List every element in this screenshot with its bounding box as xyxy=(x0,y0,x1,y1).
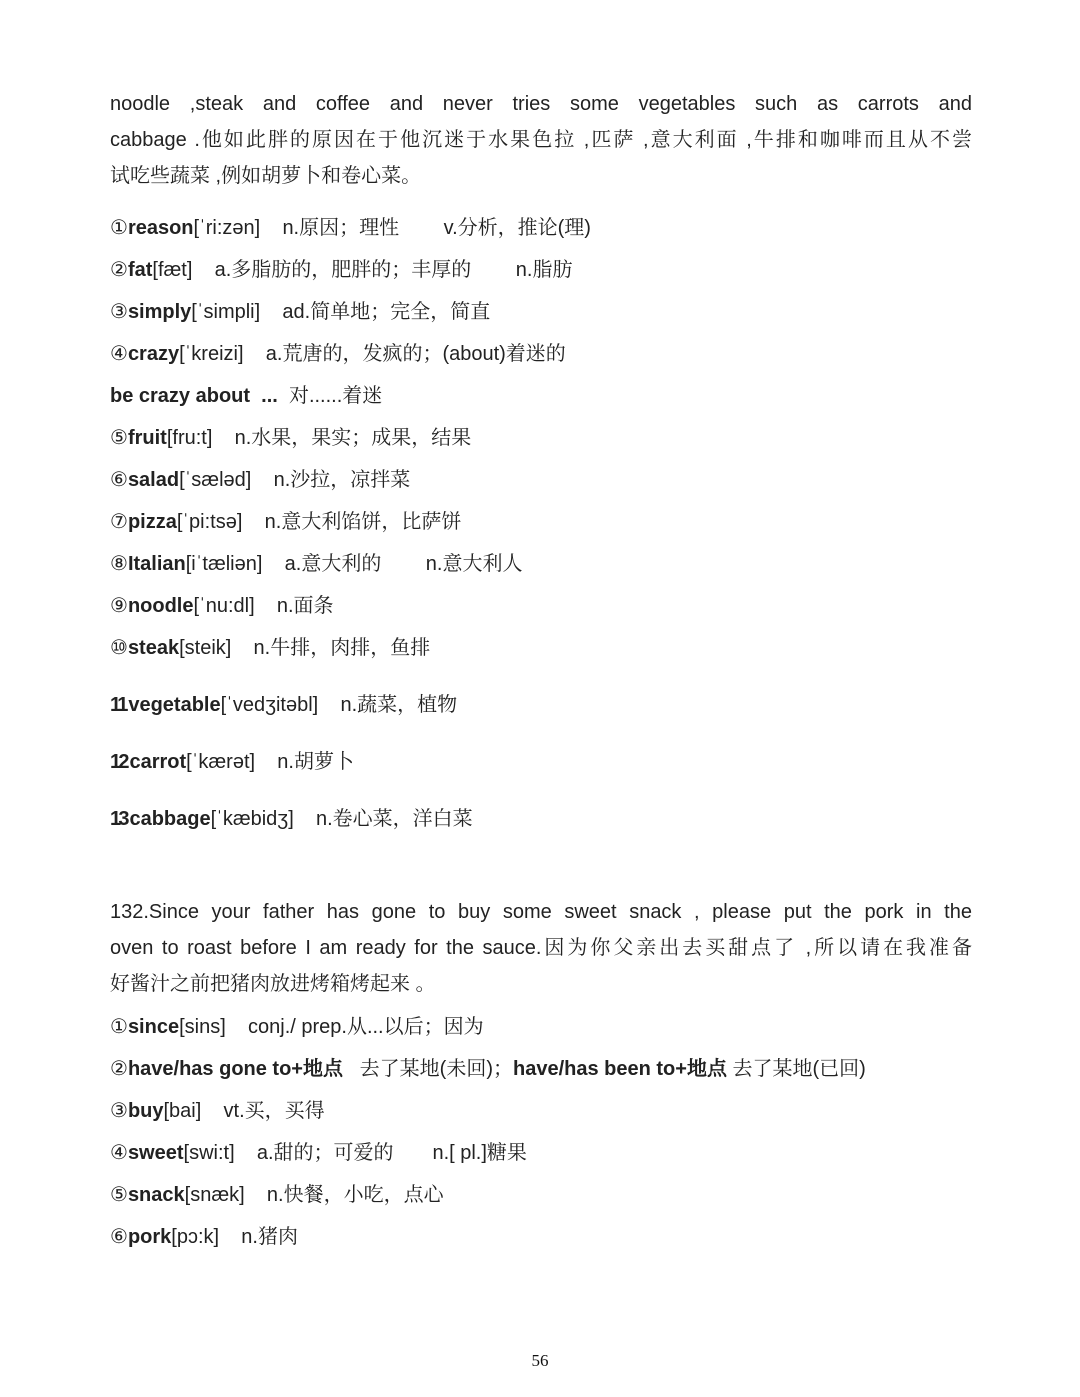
vocab-definition: [ˈri:zən] n.原因；理性 v.分析，推论(理) xyxy=(194,217,591,239)
vocab-word: snack xyxy=(128,1184,185,1206)
item-marker: 11 xyxy=(110,694,126,716)
vocab-list-2: ①since[sins] conj./ prep.从...以后；因为②have/… xyxy=(110,1006,972,1258)
vocab-item: ⑨noodle[ˈnu:dl] n.面条 xyxy=(110,585,972,627)
vocab-item: 11vegetable[ˈvedʒitəbl] n.蔬菜，植物 xyxy=(110,684,972,726)
vocab-definition: [iˈtæliən] a.意大利的 n.意大利人 xyxy=(186,553,523,575)
item-marker: ⑨ xyxy=(110,595,128,617)
vocab-definition: 去了某地(已回) xyxy=(727,1058,866,1080)
vocab-item: ④crazy[ˈkreizi] a.荒唐的，发疯的；(about)着迷的 xyxy=(110,333,972,375)
vocab-word: reason xyxy=(128,217,194,239)
sentence-132-paragraph: 132.Since your father has gone to buy so… xyxy=(110,894,972,1002)
vocab-word: noodle xyxy=(128,595,194,617)
vocab-word: be crazy about ... xyxy=(110,385,278,407)
vocab-item: ①since[sins] conj./ prep.从...以后；因为 xyxy=(110,1006,972,1048)
vocab-word: have/has gone to+地点 xyxy=(128,1058,343,1080)
vocab-item: ①reason[ˈri:zən] n.原因；理性 v.分析，推论(理) xyxy=(110,207,972,249)
vocab-definition: [ˈvedʒitəbl] n.蔬菜，植物 xyxy=(221,694,458,716)
item-marker: ⑤ xyxy=(110,427,128,449)
vocab-definition: [ˈkreizi] a.荒唐的，发疯的；(about)着迷的 xyxy=(179,343,566,365)
vocab-item: ②have/has gone to+地点 去了某地(未回)；have/has b… xyxy=(110,1048,972,1090)
vocab-item: ⑥salad[ˈsæləd] n.沙拉，凉拌菜 xyxy=(110,459,972,501)
item-marker: ⑥ xyxy=(110,1226,128,1248)
vocab-definition: [fru:t] n.水果，果实；成果，结果 xyxy=(167,427,471,449)
vocab-item: ④sweet[swi:t] a.甜的；可爱的 n.[ pl.]糖果 xyxy=(110,1132,972,1174)
vocab-item: ⑩steak[steik] n.牛排，肉排，鱼排 xyxy=(110,627,972,669)
paragraph-line: 好酱汁之前把猪肉放进烤箱烤起来 。 xyxy=(110,966,972,1002)
vocab-word: sweet xyxy=(128,1142,184,1164)
vocab-definition: [bai] vt.买，买得 xyxy=(164,1100,325,1122)
vocab-item: ⑤snack[snæk] n.快餐，小吃，点心 xyxy=(110,1174,972,1216)
vocab-item: 13cabbage[ˈkæbidʒ] n.卷心菜，洋白菜 xyxy=(110,798,972,840)
item-marker: 13 xyxy=(110,808,127,830)
vocab-item: ⑤fruit[fru:t] n.水果，果实；成果，结果 xyxy=(110,417,972,459)
item-marker: ② xyxy=(110,259,128,281)
vocab-word: steak xyxy=(128,637,179,659)
item-marker: ⑥ xyxy=(110,469,128,491)
vocab-word: have/has been to+地点 xyxy=(513,1058,727,1080)
vocab-item: ②fat[fæt] a.多脂肪的，肥胖的；丰厚的 n.脂肪 xyxy=(110,249,972,291)
vocab-word: since xyxy=(128,1016,179,1038)
vocab-word: fruit xyxy=(128,427,167,449)
item-marker: ④ xyxy=(110,1142,128,1164)
item-marker: ② xyxy=(110,1058,128,1080)
item-marker: ① xyxy=(110,1016,128,1038)
vocab-word: Italian xyxy=(128,553,186,575)
vocab-definition: [steik] n.牛排，肉排，鱼排 xyxy=(179,637,430,659)
vocab-definition: [ˈkærət] n.胡萝卜 xyxy=(186,751,354,773)
paragraph-line: noodle ,steak and coffee and never tries… xyxy=(110,86,972,122)
vocab-word: buy xyxy=(128,1100,164,1122)
vocab-definition: [swi:t] a.甜的；可爱的 n.[ pl.]糖果 xyxy=(184,1142,527,1164)
vocab-definition: [fæt] a.多脂肪的，肥胖的；丰厚的 n.脂肪 xyxy=(152,259,572,281)
intro-paragraph: noodle ,steak and coffee and never tries… xyxy=(110,86,972,194)
vocab-word: cabbage xyxy=(129,808,210,830)
vocab-definition: 对......着迷 xyxy=(278,385,382,407)
vocab-word: carrot xyxy=(129,751,186,773)
vocab-item: ⑧Italian[iˈtæliən] a.意大利的 n.意大利人 xyxy=(110,543,972,585)
vocab-item: ③buy[bai] vt.买，买得 xyxy=(110,1090,972,1132)
vocab-item: 12carrot[ˈkærət] n.胡萝卜 xyxy=(110,741,972,783)
vocab-definition: [ˈpi:tsə] n.意大利馅饼，比萨饼 xyxy=(177,511,461,533)
vocab-item: be crazy about ... 对......着迷 xyxy=(110,375,972,417)
item-marker: ⑧ xyxy=(110,553,128,575)
vocab-list-1: ①reason[ˈri:zən] n.原因；理性 v.分析，推论(理)②fat[… xyxy=(110,207,972,840)
item-marker: ③ xyxy=(110,1100,128,1122)
vocab-item: ⑦pizza[ˈpi:tsə] n.意大利馅饼，比萨饼 xyxy=(110,501,972,543)
vocab-word: pizza xyxy=(128,511,177,533)
vocab-word: pork xyxy=(128,1226,171,1248)
vocab-word: vegetable xyxy=(128,694,220,716)
vocab-item: ⑥pork[pɔ:k] n.猪肉 xyxy=(110,1216,972,1258)
vocab-definition: [ˈsimpli] ad.简单地；完全，简直 xyxy=(191,301,490,323)
vocab-word: salad xyxy=(128,469,179,491)
vocab-definition: [sins] conj./ prep.从...以后；因为 xyxy=(179,1016,484,1038)
vocab-word: crazy xyxy=(128,343,179,365)
item-marker: ③ xyxy=(110,301,128,323)
item-marker: ① xyxy=(110,217,128,239)
vocab-definition: [ˈnu:dl] n.面条 xyxy=(193,595,333,617)
vocab-word: simply xyxy=(128,301,191,323)
vocab-definition: 去了某地(未回)； xyxy=(343,1058,513,1080)
item-marker: ⑦ xyxy=(110,511,128,533)
item-marker: 12 xyxy=(110,751,127,773)
vocab-item: ③simply[ˈsimpli] ad.简单地；完全，简直 xyxy=(110,291,972,333)
vocab-definition: [ˈkæbidʒ] n.卷心菜，洋白菜 xyxy=(211,808,473,830)
item-marker: ⑩ xyxy=(110,637,128,659)
vocab-definition: [ˈsæləd] n.沙拉，凉拌菜 xyxy=(179,469,410,491)
item-marker: ⑤ xyxy=(110,1184,128,1206)
vocab-definition: [pɔ:k] n.猪肉 xyxy=(171,1226,298,1248)
paragraph-line: cabbage .他如此胖的原因在于他沉迷于水果色拉 ,匹萨 ,意大利面 ,牛排… xyxy=(110,122,972,158)
paragraph-line: 132.Since your father has gone to buy so… xyxy=(110,894,972,930)
paragraph-line: oven to roast before I am ready for the … xyxy=(110,930,972,966)
paragraph-line: 试吃些蔬菜 ,例如胡萝卜和卷心菜。 xyxy=(110,158,972,194)
page-number: 56 xyxy=(0,1351,1080,1371)
vocab-definition: [snæk] n.快餐，小吃，点心 xyxy=(185,1184,444,1206)
vocab-word: fat xyxy=(128,259,152,281)
document-page: noodle ,steak and coffee and never tries… xyxy=(0,0,1080,1397)
item-marker: ④ xyxy=(110,343,128,365)
